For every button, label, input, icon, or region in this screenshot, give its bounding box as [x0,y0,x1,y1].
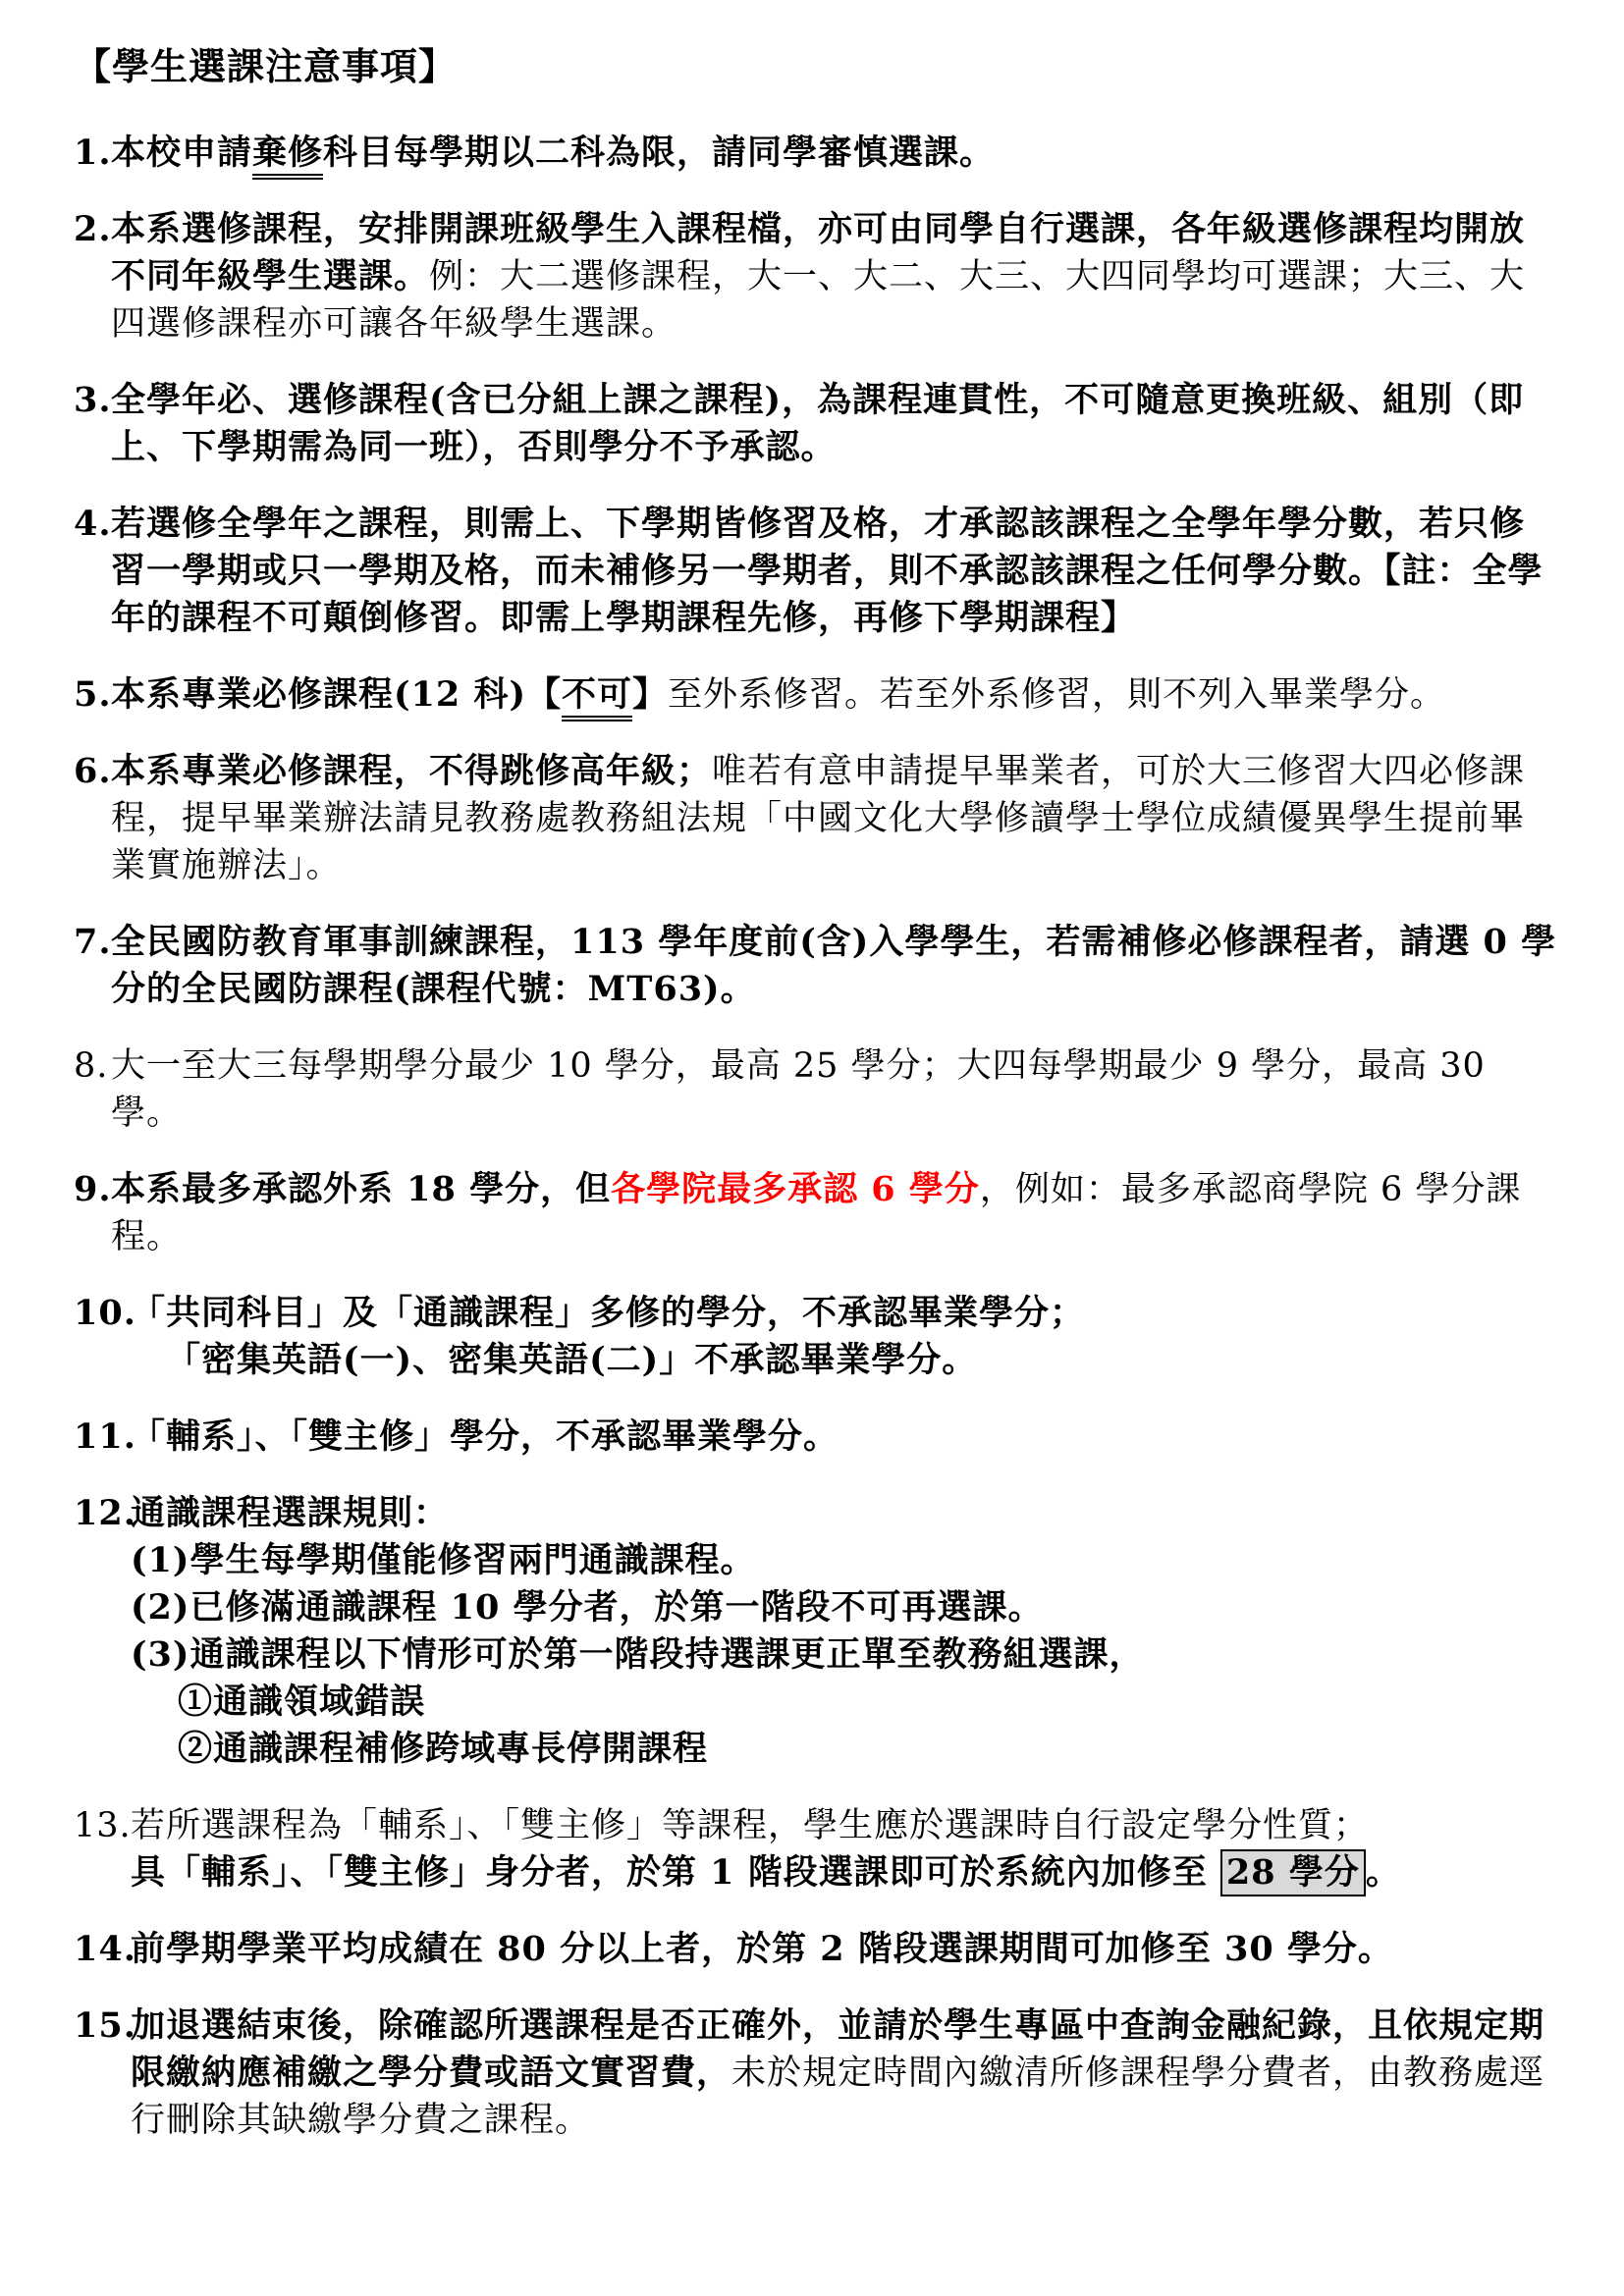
item-number: 12. [74,1490,136,1537]
item-line: 本系專業必修課程，不得跳修高年級；唯若有意申請提早畢業者，可於大三修習大四必修課… [111,748,1557,889]
item-line: (1)學生每學期僅能修習兩門通識課程。 [131,1537,1557,1584]
list-item: 7. 全民國防教育軍事訓練課程，113 學年度前(含)入學學生，若需補修必修課程… [74,919,1557,1013]
item-line: ①通識領域錯誤 [131,1679,1557,1726]
text-run: 本系專業必修課程，不得跳修高年級； [111,751,712,791]
item-number: 5. [74,671,112,719]
item-number: 3. [74,377,112,424]
item-content: 本系選修課程，安排開課班級學生入課程檔，亦可由同學自行選課，各年級選修課程均開放… [111,206,1557,347]
underlined-term: 不可 [562,674,632,721]
item-line: (2)已修滿通識課程 10 學分者，於第一階段不可再選課。 [131,1584,1557,1631]
text-run: 。 [1366,1852,1401,1893]
text-run: 通識課程選課規則： [131,1493,449,1533]
text-run: 「輔系」、「雙主修」學分，不承認畢業學分。 [131,1416,839,1457]
item-number: 10. [74,1290,136,1337]
item-line: 大一至大三每學期學分最少 10 學分，最高 25 學分；大四每學期最少 9 學分… [111,1042,1557,1137]
text-run: 】 [632,674,668,715]
text-run: ①通識領域錯誤 [178,1682,425,1722]
item-line: 本系專業必修課程(12 科)【不可】至外系修習。若至外系修習，則不列入畢業學分。 [111,671,1557,719]
item-number: 4. [74,501,112,548]
highlight-box: 28 學分 [1220,1849,1366,1896]
item-content: 若選修全學年之課程，則需上、下學期皆修習及格，才承認該課程之全學年學分數，若只修… [111,501,1557,642]
item-content: 大一至大三每學期學分最少 10 學分，最高 25 學分；大四每學期最少 9 學分… [111,1042,1557,1137]
item-line: 若所選課程為「輔系」、「雙主修」等課程，學生應於選課時自行設定學分性質； [131,1802,1557,1849]
item-number: 6. [74,748,112,795]
list-item: 12. 通識課程選課規則：(1)學生每學期僅能修習兩門通識課程。(2)已修滿通識… [74,1490,1557,1773]
item-line: 本系選修課程，安排開課班級學生入課程檔，亦可由同學自行選課，各年級選修課程均開放… [111,206,1557,347]
text-run: 各學院最多承認 6 學分 [611,1169,980,1209]
item-line: (3)通識課程以下情形可於第一階段持選課更正單至教務組選課， [131,1631,1557,1679]
item-line: 若選修全學年之課程，則需上、下學期皆修習及格，才承認該課程之全學年學分數，若只修… [111,501,1557,642]
item-content: 加退選結束後，除確認所選課程是否正確外，並請於學生專區中查詢金融紀錄，且依規定期… [131,2002,1557,2144]
page-title: 【學生選課注意事項】 [74,43,1557,90]
text-run: 本校申請 [111,133,252,173]
item-content: 「共同科目」及「通識課程」多修的學分，不承認畢業學分；「密集英語(一)、密集英語… [131,1290,1557,1384]
text-run: 具「輔系」、「雙主修」身分者，於第 1 階段選課即可於系統內加修至 [131,1852,1220,1893]
text-run: (1)學生每學期僅能修習兩門通識課程。 [131,1540,755,1580]
item-number: 1. [74,130,112,177]
item-content: 本校申請棄修科目每學期以二科為限，請同學審慎選課。 [111,130,1557,177]
list-item: 2. 本系選修課程，安排開課班級學生入課程檔，亦可由同學自行選課，各年級選修課程… [74,206,1557,347]
text-run: 全民國防教育軍事訓練課程，113 學年度前(含)入學學生，若需補修必修課程者，請… [111,922,1556,1009]
list-item: 10. 「共同科目」及「通識課程」多修的學分，不承認畢業學分；「密集英語(一)、… [74,1290,1557,1384]
item-line: 全民國防教育軍事訓練課程，113 學年度前(含)入學學生，若需補修必修課程者，請… [111,919,1557,1013]
list-item: 9. 本系最多承認外系 18 學分，但各學院最多承認 6 學分，例如：最多承認商… [74,1166,1557,1260]
item-number: 7. [74,919,112,966]
list-item: 15. 加退選結束後，除確認所選課程是否正確外，並請於學生專區中查詢金融紀錄，且… [74,2002,1557,2144]
list-item: 14. 前學期學業平均成績在 80 分以上者，於第 2 階段選課期間可加修至 3… [74,1926,1557,1973]
item-number: 13. [74,1802,132,1849]
underlined-term: 棄修 [252,133,323,180]
text-run: 本系專業必修課程(12 科)【 [111,674,562,715]
item-content: 全民國防教育軍事訓練課程，113 學年度前(含)入學學生，若需補修必修課程者，請… [111,919,1557,1013]
text-run: 至外系修習。若至外系修習，則不列入畢業學分。 [668,675,1445,715]
list-item: 1. 本校申請棄修科目每學期以二科為限，請同學審慎選課。 [74,130,1557,177]
notice-list: 1. 本校申請棄修科目每學期以二科為限，請同學審慎選課。 2. 本系選修課程，安… [74,130,1557,2144]
item-line: 通識課程選課規則： [131,1490,1557,1537]
list-item: 6. 本系專業必修課程，不得跳修高年級；唯若有意申請提早畢業者，可於大三修習大四… [74,748,1557,889]
item-line: 本系最多承認外系 18 學分，但各學院最多承認 6 學分，例如：最多承認商學院 … [111,1166,1557,1260]
item-content: 全學年必、選修課程(含已分組上課之課程)，為課程連貫性，不可隨意更換班級、組別（… [111,377,1557,471]
text-run: (2)已修滿通識課程 10 學分者，於第一階段不可再選課。 [131,1587,1044,1628]
text-run: 前學期學業平均成績在 80 分以上者，於第 2 階段選課期間可加修至 30 學分… [131,1929,1393,1969]
text-run: 「密集英語(一)、密集英語(二)」不承認畢業學分。 [166,1340,977,1380]
item-number: 15. [74,2002,136,2050]
list-item: 13. 若所選課程為「輔系」、「雙主修」等課程，學生應於選課時自行設定學分性質；… [74,1802,1557,1896]
item-line: 具「輔系」、「雙主修」身分者，於第 1 階段選課即可於系統內加修至 28 學分。 [131,1849,1557,1896]
list-item: 3. 全學年必、選修課程(含已分組上課之課程)，為課程連貫性，不可隨意更換班級、… [74,377,1557,471]
item-number: 11. [74,1414,136,1461]
list-item: 4. 若選修全學年之課程，則需上、下學期皆修習及格，才承認該課程之全學年學分數，… [74,501,1557,642]
item-number: 2. [74,206,112,253]
item-content: 本系專業必修課程(12 科)【不可】至外系修習。若至外系修習，則不列入畢業學分。 [111,671,1557,719]
text-run: 全學年必、選修課程(含已分組上課之課程)，為課程連貫性，不可隨意更換班級、組別（… [111,380,1524,467]
text-run: 大一至大三每學期學分最少 10 學分，最高 25 學分；大四每學期最少 9 學分… [111,1046,1486,1133]
item-line: ②通識課程補修跨域專長停開課程 [131,1726,1557,1773]
item-line: 全學年必、選修課程(含已分組上課之課程)，為課程連貫性，不可隨意更換班級、組別（… [111,377,1557,471]
item-content: 通識課程選課規則：(1)學生每學期僅能修習兩門通識課程。(2)已修滿通識課程 1… [131,1490,1557,1773]
document-page: 【學生選課注意事項】 1. 本校申請棄修科目每學期以二科為限，請同學審慎選課。 … [0,0,1624,2296]
text-run: 本系最多承認外系 18 學分，但 [111,1169,611,1209]
text-run: ②通識課程補修跨域專長停開課程 [178,1729,708,1769]
list-item: 5. 本系專業必修課程(12 科)【不可】至外系修習。若至外系修習，則不列入畢業… [74,671,1557,719]
item-number: 9. [74,1166,112,1213]
item-line: 本校申請棄修科目每學期以二科為限，請同學審慎選課。 [111,130,1557,177]
item-line: 加退選結束後，除確認所選課程是否正確外，並請於學生專區中查詢金融紀錄，且依規定期… [131,2002,1557,2144]
item-number: 14. [74,1926,136,1973]
text-run: 「共同科目」及「通識課程」多修的學分，不承認畢業學分； [131,1293,1085,1333]
item-content: 本系專業必修課程，不得跳修高年級；唯若有意申請提早畢業者，可於大三修習大四必修課… [111,748,1557,889]
item-content: 本系最多承認外系 18 學分，但各學院最多承認 6 學分，例如：最多承認商學院 … [111,1166,1557,1260]
item-line: 「共同科目」及「通識課程」多修的學分，不承認畢業學分； [131,1290,1557,1337]
text-run: (3)通識課程以下情形可於第一階段持選課更正單至教務組選課， [131,1634,1144,1675]
list-item: 8. 大一至大三每學期學分最少 10 學分，最高 25 學分；大四每學期最少 9… [74,1042,1557,1137]
item-number: 8. [74,1042,108,1090]
list-item: 11. 「輔系」、「雙主修」學分，不承認畢業學分。 [74,1414,1557,1461]
item-line: 前學期學業平均成績在 80 分以上者，於第 2 階段選課期間可加修至 30 學分… [131,1926,1557,1973]
text-run: 若所選課程為「輔系」、「雙主修」等課程，學生應於選課時自行設定學分性質； [131,1806,1369,1845]
item-line: 「輔系」、「雙主修」學分，不承認畢業學分。 [131,1414,1557,1461]
item-content: 前學期學業平均成績在 80 分以上者，於第 2 階段選課期間可加修至 30 學分… [131,1926,1557,1973]
text-run: 科目每學期以二科為限，請同學審慎選課。 [323,133,995,173]
item-line: 「密集英語(一)、密集英語(二)」不承認畢業學分。 [131,1337,1557,1384]
item-content: 若所選課程為「輔系」、「雙主修」等課程，學生應於選課時自行設定學分性質；具「輔系… [131,1802,1557,1896]
item-content: 「輔系」、「雙主修」學分，不承認畢業學分。 [131,1414,1557,1461]
text-run: 若選修全學年之課程，則需上、下學期皆修習及格，才承認該課程之全學年學分數，若只修… [111,504,1543,638]
